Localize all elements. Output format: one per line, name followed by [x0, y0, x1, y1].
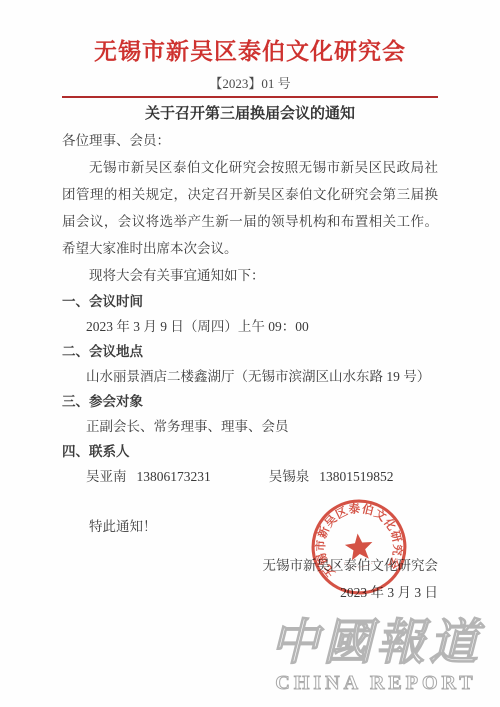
section-2-content: 山水丽景酒店二楼鑫湖厅（无锡市滨湖区山水东路 19 号）	[62, 364, 438, 389]
seal-serial-marks: · · · · · · · · · · · ·	[342, 557, 377, 571]
section-1-content: 2023 年 3 月 9 日（周四）上午 09：00	[62, 314, 438, 339]
notice-subject-title: 关于召开第三届换届会议的通知	[62, 103, 438, 124]
org-letterhead-title: 无锡市新吴区泰伯文化研究会	[62, 38, 438, 66]
china-report-watermark: 中國報道 CHINA REPORT	[270, 614, 482, 694]
section-1-heading: 一、会议时间	[62, 289, 438, 314]
lead-in-line: 现将大会有关事宜通知如下：	[62, 262, 438, 289]
seal-star-icon	[344, 532, 374, 561]
contact-2-name: 吴锡泉	[269, 469, 310, 484]
section-2-heading: 二、会议地点	[62, 339, 438, 364]
contact-1-name: 吴亚南	[86, 469, 127, 484]
salutation: 各位理事、会员：	[62, 127, 438, 154]
watermark-chinese-logo: 中國報道	[270, 614, 482, 672]
document-number: 【2023】01 号	[62, 76, 438, 92]
contact-1-phone: 13806173231	[137, 469, 211, 484]
contacts-row: 吴亚南13806173231吴锡泉13801519852	[62, 464, 438, 489]
document-page: 无锡市新吴区泰伯文化研究会 【2023】01 号 关于召开第三届换届会议的通知 …	[0, 0, 500, 707]
watermark-english-logo: CHINA REPORT	[270, 672, 482, 694]
section-3-heading: 三、参会对象	[62, 389, 438, 414]
section-4-heading: 四、联系人	[62, 439, 438, 464]
seal-serial-container: · · · · · · · · · · · ·	[342, 557, 377, 571]
letterhead-divider	[62, 96, 438, 98]
notice-document: 无锡市新吴区泰伯文化研究会 【2023】01 号 关于召开第三届换届会议的通知 …	[0, 0, 500, 606]
intro-paragraph: 无锡市新吴区泰伯文化研究会按照无锡市新吴区民政局社团管理的相关规定，决定召开新吴…	[62, 154, 438, 262]
official-seal: 无锡市新吴区泰伯文化研究会 · · · · · · · · · · · ·	[304, 492, 414, 602]
contact-2-phone: 13801519852	[319, 469, 393, 484]
section-3-content: 正副会长、常务理事、理事、会员	[62, 414, 438, 439]
